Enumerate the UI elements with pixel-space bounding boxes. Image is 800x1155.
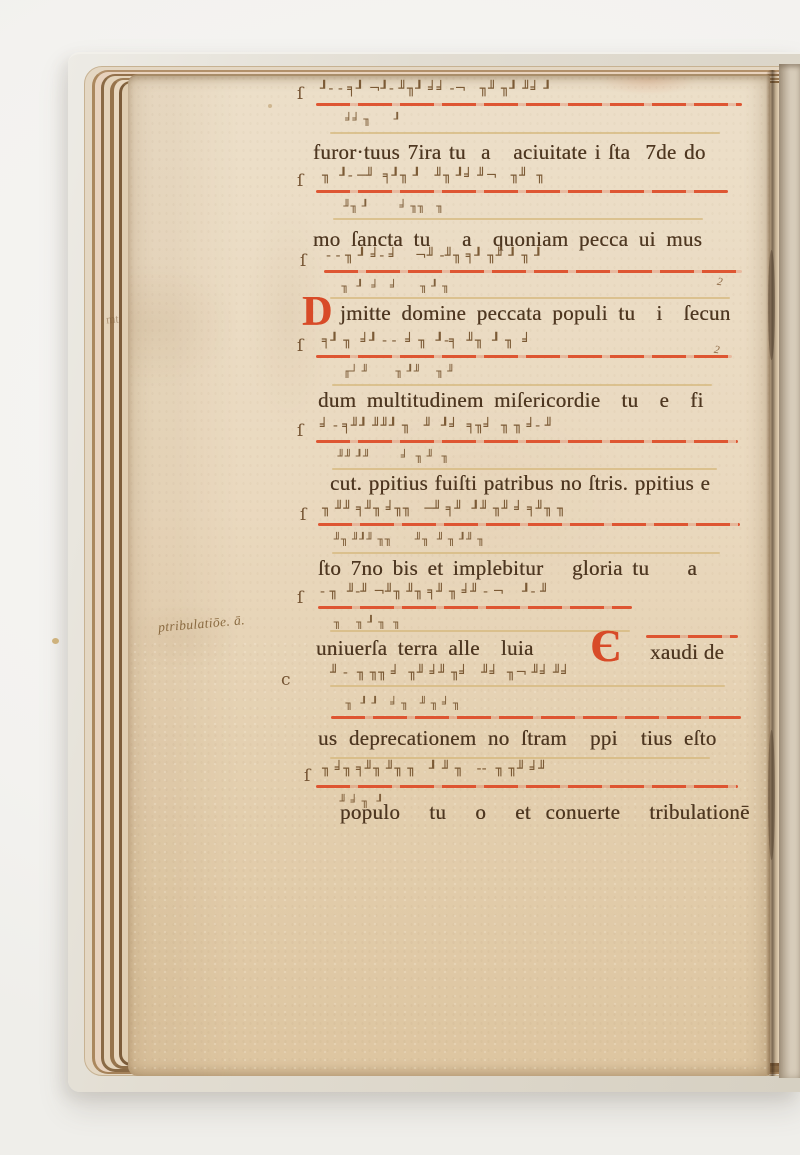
neumes-row: ╖ ┚ ┚ ╛ ╖ ╜ ╖ ╛ ╖ (338, 690, 460, 716)
chant-text-line: xaudi de (650, 640, 724, 665)
rubric-initial-d: D (302, 291, 332, 333)
staff-line-red (646, 635, 738, 638)
neumes-row: ╖ ╜╜ ╕╜╖ ╛╖╖ ─╜ ╕╜ ┚╜ ╖╜ ╛ ╕╜╖ ╖ (322, 496, 565, 522)
neumes-row: ┚‐ ‐ ╕┚ ¬┚‐ ╜╖┚ ╛╛ ‐¬ ╖╜ ╖┚ ╜╛ ┚ (320, 76, 552, 102)
clef-mark: ſ (304, 766, 310, 786)
clef-mark: ſ (300, 505, 306, 525)
staff-line-yellow (330, 132, 720, 134)
neumes-row: ╖ ┚‐ ─╜ ╕┚╖ ┚ ╜╖ ┚╛ ╜¬ ╖╜ ╖ (322, 163, 545, 189)
neumes-row: ╖ ┚ ╛ ╛ ╖ ┚ ╖ (334, 273, 449, 299)
neumes-row: ╜╜ ┚╜ ╛ ╖ ╜ ╖ (330, 443, 449, 469)
neumes-row: ╛ ‐ ╕╜┚ ╜╜┚ ╖ ╜ ┚╛ ╕╖╛ ╖ ╖ ╛‐ ╜ (320, 413, 553, 439)
facing-page-sliver (779, 64, 800, 1078)
chant-text-line: jmitte domine peccata populi tu i ſecun (340, 301, 731, 326)
neumes-row: ‐ ‐ ╖ ┚ ╛‐ ╛ ¬╜ ‐╜╖ ╕┚ ╖╜ ┚ ╖ ┚ (326, 243, 543, 269)
neumes-row: ╕┚ ╖ ╛┚ ‐ ‐ ╛ ╖ ┚‐╕ ╜╖ ┚ ╖ ╛ (322, 328, 531, 354)
clef-mark: ſ (297, 336, 303, 356)
debris-speck (52, 638, 59, 644)
clef-mark: ſ (297, 421, 303, 441)
neumes-row: ╖ ╛╖ ╕╜╖ ╜╖ ╖ ┚ ╜ ╖ ‐‐ ╖ ╖╜ ╛╜ (322, 756, 547, 782)
chant-text-line: dum multitudinem miſericordie tu e fi (318, 388, 704, 413)
custos-mark: 2 (716, 276, 723, 289)
neumes-row: ╜╖ ┚ ╛ ╖╖ ╖ (332, 193, 444, 219)
debris-speck (268, 104, 272, 108)
chant-text-line: uniuerſa terra alle luia (316, 636, 534, 661)
staff-line-yellow (332, 384, 712, 386)
photo-background: ſ ┚‐ ‐ ╕┚ ¬┚‐ ╜╖┚ ╛╛ ‐¬ ╖╜ ╖┚ ╜╛ ┚ ╛╛ ╖ … (0, 0, 800, 1155)
neumes-row: ╛╛ ╖ ┚ (330, 106, 401, 132)
marginal-note-faint: mt (105, 311, 119, 327)
rubric-initial-e: Є (590, 624, 621, 668)
neumes-row: ╓┘ ╜ ╖ ┚╜ ╖ ╜ (332, 358, 455, 384)
neumes-row: ‐ ╖ ╜‐╜ ¬╜╖ ╜╖ ╕╜ ╖ ╛╜ ‐ ¬ ┚‐ ╜ (320, 579, 548, 605)
chant-text-line: ſto 7no bis et implebitur gloria tu a (318, 556, 697, 581)
staff-line-red (331, 716, 741, 719)
neumes-row: ╜╖ ╜┚╜ ╖╖ ╜╖ ╜ ╖ ┚╜ ╖ (330, 526, 485, 552)
neumes-row: ╜ ‐ ╖ ╖╖ ╛ ╖╜ ╛╜ ╖╛ ╜╛ ╖¬ ╜╛ ╜╛ (330, 660, 570, 686)
book-gutter (766, 70, 778, 1076)
neumes-row: ╖ ╖ ┚ ╖ ╖ (330, 609, 400, 635)
clef-mark: ſ (297, 588, 303, 608)
chant-text-line: populo tu o et conuerte tribulationē (340, 800, 750, 825)
clef-mark: ſ (297, 84, 303, 104)
clef-mark: ſ (297, 171, 303, 191)
chant-text-line: cut. ppitius fuiſti patribus no ſtris. p… (330, 471, 710, 496)
custos-mark: 2 (713, 344, 720, 357)
chant-text-line: us deprecationem no ſtram ppi tius eſto (318, 726, 717, 751)
clef-mark: c (281, 670, 291, 690)
clef-mark: ſ (300, 251, 306, 271)
chant-text-line: furor·tuus 7ira tu a aciuitate i ſta 7de… (313, 140, 706, 165)
staff-line-yellow (332, 552, 720, 554)
